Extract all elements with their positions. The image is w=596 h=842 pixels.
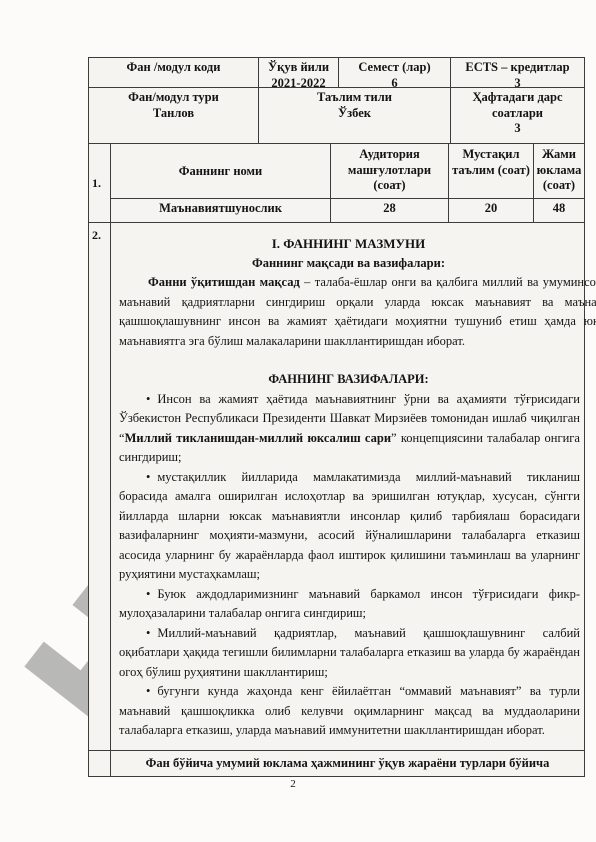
- weekly-hours-label-line2: соатлари: [451, 106, 584, 122]
- bullet-icon: •: [146, 470, 150, 484]
- row-number-empty: [89, 751, 111, 776]
- task-item-1: •Инсон ва жамият ҳаётида маънавиятнинг ў…: [119, 390, 580, 468]
- task3-text: Буюк аждодларимизнинг маънавий баркамол …: [119, 587, 580, 621]
- task-item-5: •бугунги кунда жаҳонда кенг ёйилаётган “…: [119, 682, 580, 741]
- language-value: Ўзбек: [259, 106, 450, 122]
- language-label: Таълим тили: [259, 90, 450, 106]
- header-independent-hours: Мустақил таълим (соат): [449, 144, 534, 199]
- bullet-icon: •: [146, 392, 150, 406]
- purpose-lead: Фанни ўқитишдан мақсад: [148, 275, 300, 289]
- course-type-label: Фан/модул тури: [89, 90, 258, 106]
- task2-text: мустақиллик йилларида мамлакатимизда мил…: [119, 470, 580, 582]
- cell-course-code: Фан /модул коди: [89, 58, 259, 88]
- academic-year-label: Ўқув йили: [259, 60, 338, 76]
- course-type-value: Танлов: [89, 106, 258, 122]
- header-auditorium-hours: Аудитория машғулотлари (соат): [331, 144, 449, 199]
- total-hours-value: 48: [534, 199, 584, 223]
- weekly-hours-label-line1: Ҳафтадаги дарс: [451, 90, 584, 106]
- header-course-name: Фаннинг номи: [111, 144, 331, 199]
- task-item-3: •Буюк аждодларимизнинг маънавий баркамол…: [119, 585, 580, 624]
- course-description-cell: I. ФАННИНГ МАЗМУНИ Фаннинг мақсади ва ва…: [111, 223, 584, 751]
- purpose-paragraph: Фанни ўқитишдан мақсад – талаба-ёшлар он…: [119, 273, 596, 351]
- task5-text: бугунги кунда жаҳонда кенг ёйилаётган “о…: [119, 684, 580, 737]
- task4-text: Миллий-маънавий қадриятлар, маънавий қаш…: [119, 626, 580, 679]
- cell-semester: Семест (лар) 6: [339, 58, 451, 88]
- cell-ects: ECTS – кредитлар 3: [451, 58, 584, 88]
- course-code-label: Фан /модул коди: [89, 60, 258, 76]
- task1-bold: Миллий тикланишдан-миллий юксалиш сари: [125, 431, 391, 445]
- course-info-table: Фан /модул коди Ўқув йили 2021-2022 Семе…: [88, 57, 585, 144]
- spacer: [119, 351, 584, 370]
- row-number-2: 2.: [89, 223, 111, 751]
- cell-course-type: Фан/модул тури Танлов: [89, 88, 259, 143]
- section-title: I. ФАННИНГ МАЗМУНИ: [119, 234, 578, 254]
- independent-hours-value: 20: [449, 199, 534, 223]
- semester-label: Семест (лар): [339, 60, 450, 76]
- weekly-hours-value: 3: [451, 121, 584, 137]
- bullet-icon: •: [146, 684, 150, 698]
- tasks-title: ФАННИНГ ВАЗИФАЛАРИ:: [119, 370, 578, 390]
- course-content-table: 1. Фаннинг номи Аудитория машғулотлари (…: [88, 143, 585, 777]
- header-total-hours: Жами юклама (соат): [534, 144, 584, 199]
- auditorium-hours-value: 28: [331, 199, 449, 223]
- cell-language: Таълим тили Ўзбек: [259, 88, 451, 143]
- cell-weekly-hours: Ҳафтадаги дарс соатлари 3: [451, 88, 584, 143]
- row-number-1: 1.: [89, 144, 111, 223]
- bullet-icon: •: [146, 587, 150, 601]
- footer-heading: Фан бўйича умумий юклама ҳажмининг ўқув …: [111, 751, 584, 776]
- page-number: 2: [0, 778, 586, 790]
- cell-academic-year: Ўқув йили 2021-2022: [259, 58, 339, 88]
- section-subtitle: Фаннинг мақсади ва вазифалари:: [119, 254, 578, 274]
- task-item-2: •мустақиллик йилларида мамлакатимизда ми…: [119, 468, 580, 585]
- ects-label: ECTS – кредитлар: [451, 60, 584, 76]
- course-name: Маънавиятшунослик: [111, 199, 331, 223]
- task-item-4: •Миллий-маънавий қадриятлар, маънавий қа…: [119, 624, 580, 683]
- bullet-icon: •: [146, 626, 150, 640]
- document-page: Hujjat24 Фан /модул коди Ўқув йили 2021-…: [0, 0, 596, 842]
